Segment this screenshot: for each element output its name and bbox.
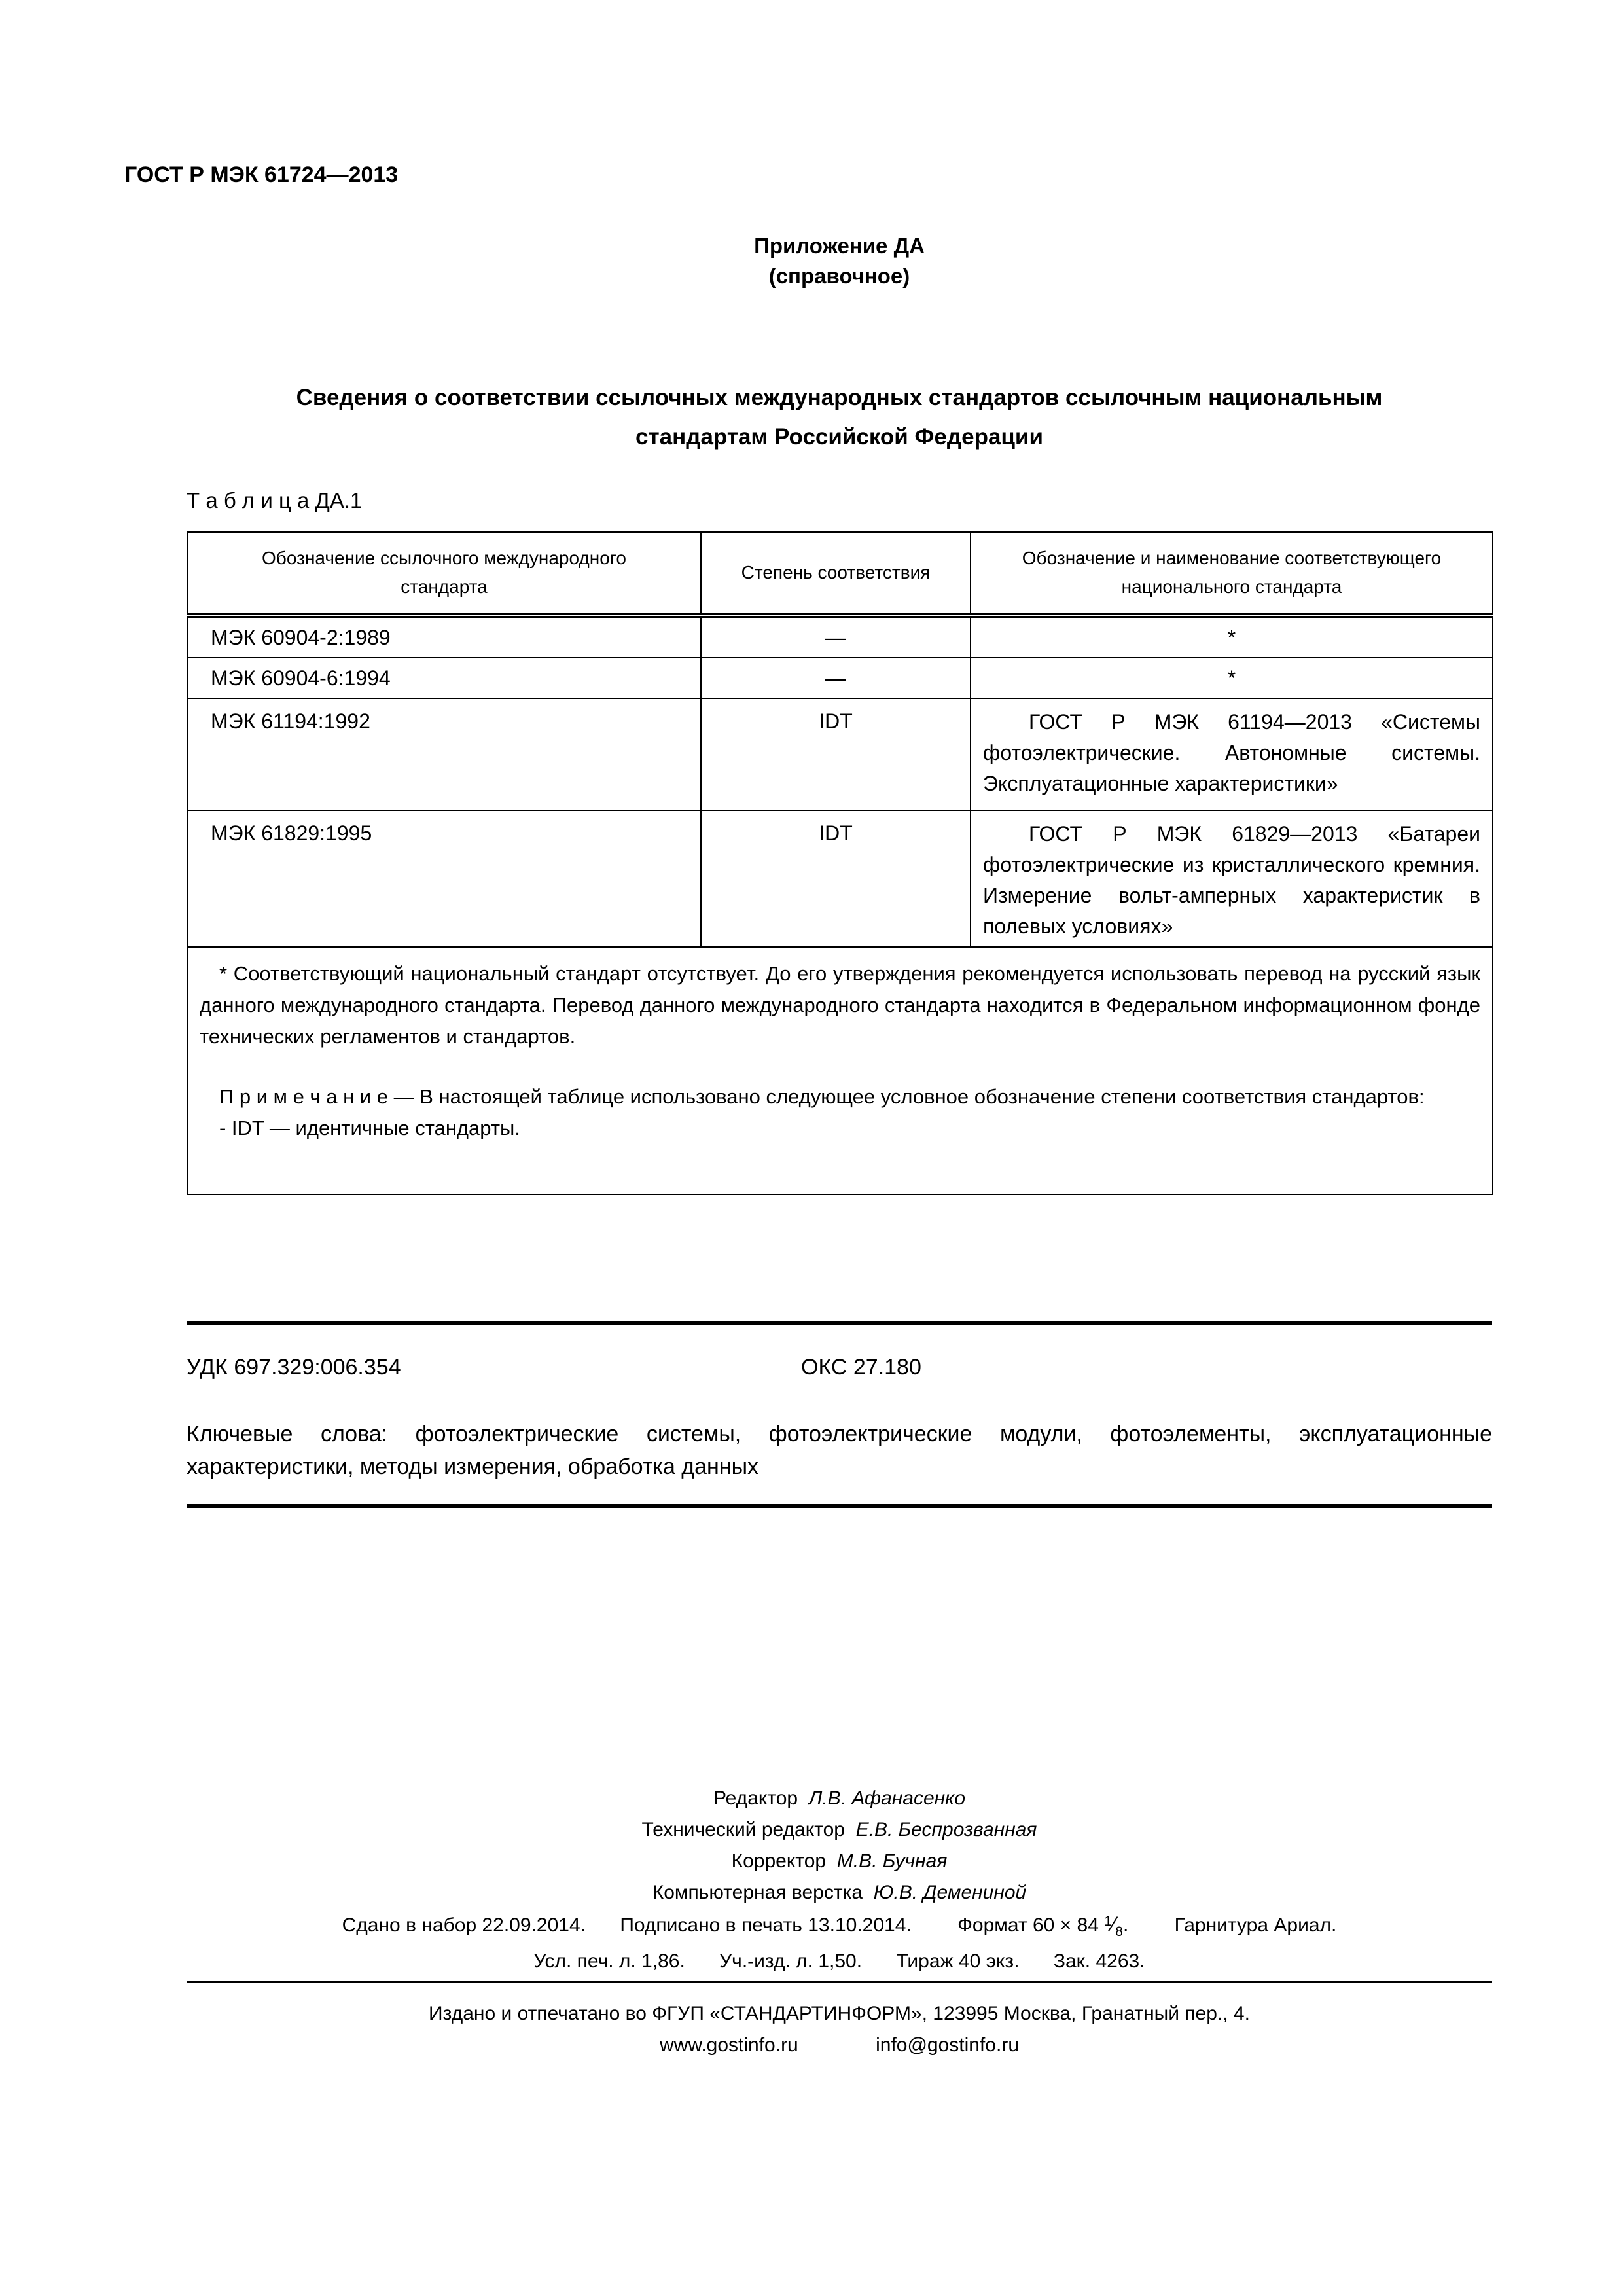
credit-label: Редактор (713, 1787, 798, 1809)
cell-standard: МЭК 60904-2:1989 (187, 615, 701, 658)
publisher-website: www.gostinfo.ru (660, 2034, 798, 2056)
keywords-paragraph: Ключевые слова: фотоэлектрические систем… (187, 1418, 1492, 1483)
appendix-title: Приложение ДА (187, 231, 1492, 261)
cell-national: ГОСТ Р МЭК 61194—2013 «Системы фотоэлект… (971, 698, 1493, 810)
cell-national: * (971, 615, 1493, 658)
imprint-pub-sheets: Уч.-изд. л. 1,50. (719, 1950, 862, 1972)
credit-name: М.В. Бучная (837, 1850, 948, 1872)
fraction-denominator: 8 (1115, 1924, 1123, 1939)
fraction-numerator: 1 (1104, 1914, 1112, 1929)
cell-degree: — (701, 658, 971, 698)
imprint-print-date: Подписано в печать 13.10.2014. (620, 1914, 911, 1936)
correspondence-table: Обозначение ссылочного международного ст… (187, 531, 1493, 1195)
credit-name: Ю.В. Демениной (874, 1882, 1026, 1903)
imprint-typeset-date: Сдано в набор 22.09.2014. (342, 1914, 586, 1936)
appendix-kind: (справочное) (187, 261, 1492, 291)
cell-standard: МЭК 61194:1992 (187, 698, 701, 810)
credit-line: Компьютерная верстка Ю.В. Демениной (187, 1877, 1492, 1909)
cell-national: ГОСТ Р МЭК 61829—2013 «Батареи фотоэлект… (971, 810, 1493, 947)
cell-standard: МЭК 60904-6:1994 (187, 658, 701, 698)
credit-line: Технический редактор Е.В. Беспрозванная (187, 1814, 1492, 1846)
cell-national: * (971, 658, 1493, 698)
oks-code: ОКС 27.180 (801, 1355, 921, 1380)
imprint-format: Формат 60 × 84 1⁄8. (957, 1914, 1128, 1936)
publisher-contacts: www.gostinfo.ru info@gostinfo.ru (187, 2034, 1492, 2056)
table-caption: Т а б л и ц а ДА.1 (187, 488, 362, 513)
credit-label: Компьютерная верстка (652, 1882, 863, 1903)
column-header-degree: Степень соответствия (701, 532, 971, 615)
imprint-cond-sheets: Усл. печ. л. 1,86. (533, 1950, 685, 1972)
horizontal-rule-top (187, 1321, 1492, 1325)
section-title-line2: стандартам Российской Федерации (187, 418, 1492, 457)
imprint-line-1: Сдано в набор 22.09.2014. Подписано в пе… (187, 1912, 1492, 1940)
credit-line: Корректор М.В. Бучная (187, 1846, 1492, 1877)
running-header-doc-code: ГОСТ Р МЭК 61724—2013 (124, 162, 398, 188)
credit-label: Корректор (732, 1850, 826, 1872)
imprint-order-number: Зак. 4263. (1054, 1950, 1145, 1972)
credits-block: Редактор Л.В. Афанасенко Технический ред… (187, 1783, 1492, 1909)
imprint-line-2: Усл. печ. л. 1,86. Уч.-изд. л. 1,50. Тир… (187, 1950, 1492, 1973)
cell-degree: IDT (701, 698, 971, 810)
table-footnote-cell: * Соответствующий национальный стандарт … (187, 947, 1493, 1194)
imprint-circulation: Тираж 40 экз. (896, 1950, 1019, 1972)
cell-degree: — (701, 615, 971, 658)
imprint-typeface: Гарнитура Ариал. (1175, 1914, 1337, 1936)
column-header-national: Обозначение и наименование соответствующ… (971, 532, 1493, 615)
table-header-row: Обозначение ссылочного международного ст… (187, 532, 1493, 615)
table-row: МЭК 60904-6:1994 — * (187, 658, 1493, 698)
horizontal-rule-footer (187, 1981, 1492, 1983)
table-note: П р и м е ч а н и е — В настоящей таблиц… (200, 1081, 1480, 1113)
cell-standard: МЭК 61829:1995 (187, 810, 701, 947)
udk-code: УДК 697.329:006.354 (187, 1355, 401, 1380)
table-footnote: * Соответствующий национальный стандарт … (200, 958, 1480, 1052)
table-row: МЭК 61194:1992 IDT ГОСТ Р МЭК 61194—2013… (187, 698, 1493, 810)
table-footnote-row: * Соответствующий национальный стандарт … (187, 947, 1493, 1194)
publisher-email: info@gostinfo.ru (876, 2034, 1019, 2056)
table-row: МЭК 60904-2:1989 — * (187, 615, 1493, 658)
appendix-heading: Приложение ДА (справочное) (187, 231, 1492, 291)
column-header-standard: Обозначение ссылочного международного ст… (187, 532, 701, 615)
credit-line: Редактор Л.В. Афанасенко (187, 1783, 1492, 1814)
table-note-item: - IDT — идентичные стандарты. (219, 1113, 1480, 1144)
table-row: МЭК 61829:1995 IDT ГОСТ Р МЭК 61829—2013… (187, 810, 1493, 947)
publisher-line: Издано и отпечатано во ФГУП «СТАНДАРТИНФ… (187, 2003, 1492, 2025)
document-page: ГОСТ Р МЭК 61724—2013 Приложение ДА (спр… (0, 0, 1623, 2296)
section-title-line1: Сведения о соответствии ссылочных междун… (187, 378, 1492, 418)
horizontal-rule-keywords (187, 1504, 1492, 1508)
section-title: Сведения о соответствии ссылочных междун… (187, 378, 1492, 457)
credit-name: Е.В. Беспрозванная (856, 1819, 1037, 1840)
credit-name: Л.В. Афанасенко (809, 1787, 965, 1809)
cell-degree: IDT (701, 810, 971, 947)
credit-label: Технический редактор (642, 1819, 845, 1840)
